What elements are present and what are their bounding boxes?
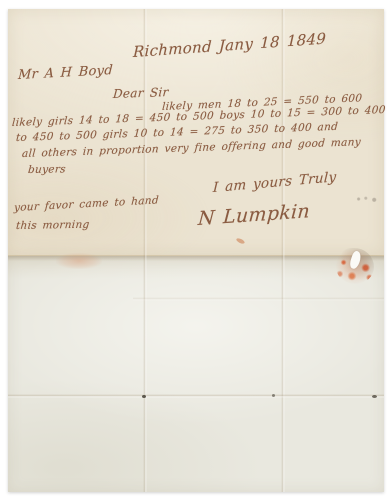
paper-speck [272,394,275,397]
fold-crease-horizontal-faint [133,297,384,301]
fold-crease-horizontal [8,394,384,398]
salutation: Dear Sir [113,85,170,101]
fold-crease-vertical-right [281,9,285,492]
postscript-line: this morning [15,219,90,232]
letter-blank-panel [8,255,384,492]
body-line: buyers [27,163,66,176]
paper-speck [372,395,377,398]
pencil-marks [355,195,379,203]
wax-seal-remnant [336,248,374,284]
red-ink-smudge [56,253,102,269]
fold-crease-vertical-left [143,9,147,492]
letter-paper: Richmond Jany 18 1849 Mr A H Boyd Dear S… [8,9,384,492]
letter-scan: Richmond Jany 18 1849 Mr A H Boyd Dear S… [0,0,392,500]
wax-seal-torn-gap [348,250,362,270]
paper-speck [142,395,146,398]
